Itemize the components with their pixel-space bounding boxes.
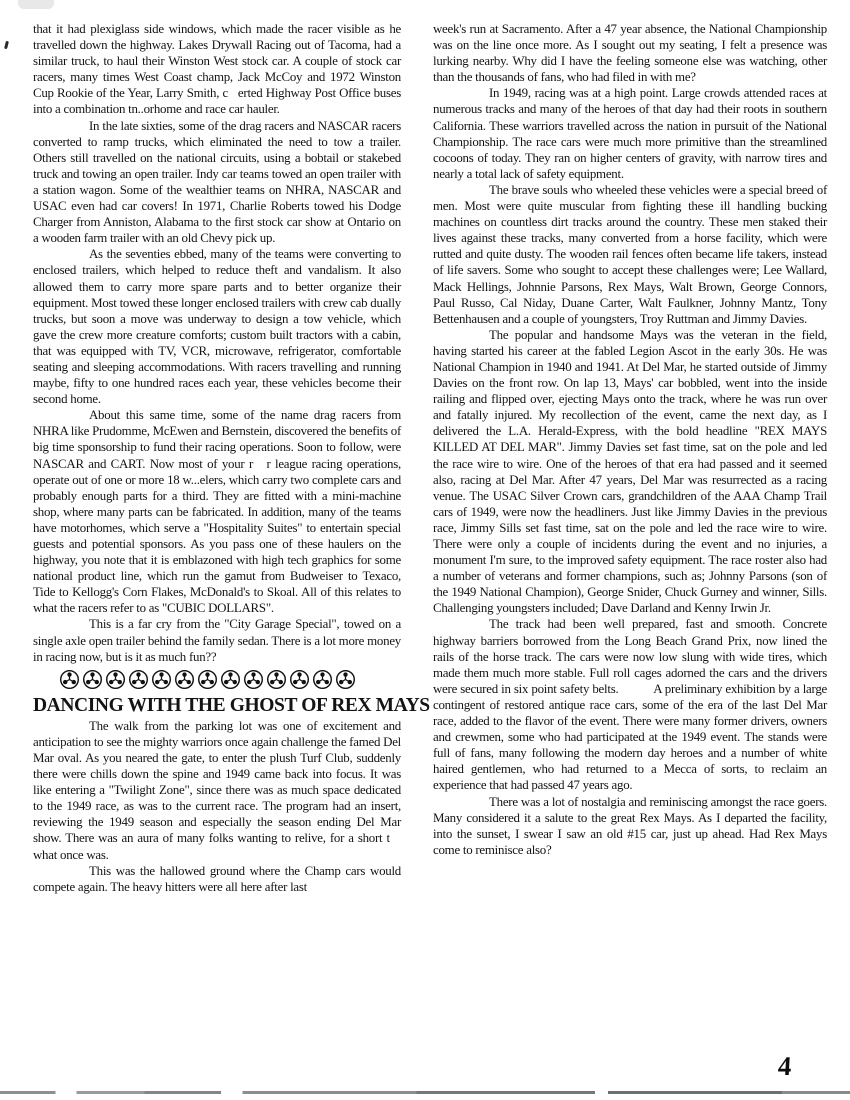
paragraph: The track had been well prepared, fast a… bbox=[433, 616, 827, 793]
paragraph: The brave souls who wheeled these vehicl… bbox=[433, 182, 827, 327]
wheel-icon bbox=[82, 669, 103, 690]
paragraph: This is a far cry from the "City Garage … bbox=[33, 616, 401, 664]
margin-mark bbox=[4, 41, 9, 49]
scanned-newsletter-page: { "page": { "number": "4" }, "divider": … bbox=[0, 0, 850, 1100]
wheel-icon bbox=[243, 669, 264, 690]
wheel-icon bbox=[289, 669, 310, 690]
paragraph: The walk from the parking lot was one of… bbox=[33, 718, 401, 863]
paragraph: As the seventies ebbed, many of the team… bbox=[33, 246, 401, 407]
wheel-icon bbox=[59, 669, 80, 690]
scan-edge-line bbox=[0, 1091, 850, 1094]
scan-smudge bbox=[18, 0, 54, 9]
wheel-icon bbox=[220, 669, 241, 690]
page-number: 4 bbox=[777, 1051, 792, 1082]
wheel-icon bbox=[312, 669, 333, 690]
paragraph: This was the hallowed ground where the C… bbox=[33, 863, 401, 895]
paragraph: About this same time, some of the name d… bbox=[33, 407, 401, 616]
section-heading: DANCING WITH THE GHOST OF REX MAYS bbox=[33, 695, 401, 717]
divider-icons-row bbox=[33, 665, 401, 692]
right-column: week's run at Sacramento. After a 47 yea… bbox=[433, 21, 827, 858]
wheel-icon bbox=[151, 669, 172, 690]
paragraph: There was a lot of nostalgia and reminis… bbox=[433, 794, 827, 858]
paragraph: week's run at Sacramento. After a 47 yea… bbox=[433, 21, 827, 85]
left-column: that it had plexiglass side windows, whi… bbox=[33, 21, 401, 895]
wheel-icon bbox=[174, 669, 195, 690]
wheel-icon bbox=[335, 669, 356, 690]
wheel-icon bbox=[197, 669, 218, 690]
wheel-icon bbox=[266, 669, 287, 690]
wheel-icon bbox=[128, 669, 149, 690]
wheel-icon bbox=[105, 669, 126, 690]
paragraph: In 1949, racing was at a high point. Lar… bbox=[433, 85, 827, 182]
paragraph: The popular and handsome Mays was the ve… bbox=[433, 327, 827, 617]
paragraph: In the late sixties, some of the drag ra… bbox=[33, 118, 401, 247]
paragraph: that it had plexiglass side windows, whi… bbox=[33, 21, 401, 118]
